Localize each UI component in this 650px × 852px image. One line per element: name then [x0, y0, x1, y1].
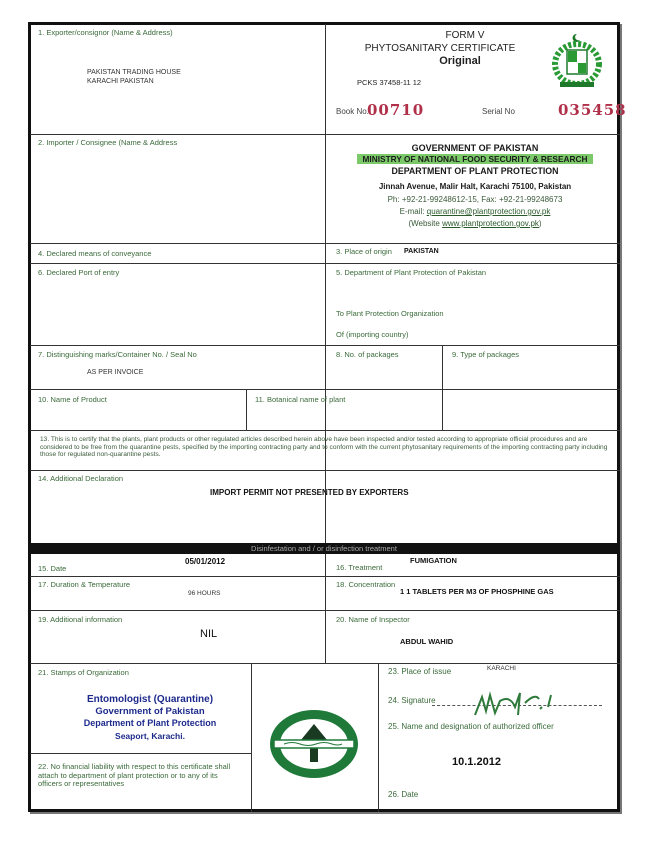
additional-declaration-label: 14. Additional Declaration	[38, 474, 123, 483]
certification-number: 13.	[40, 436, 49, 443]
date-label: 15. Date	[38, 564, 66, 573]
form-code: PCKS 37458-11 12	[357, 78, 421, 87]
marks-label: 7. Distinguishing marks/Container No. / …	[38, 350, 197, 359]
divider	[30, 663, 620, 664]
divider	[30, 389, 620, 390]
book-number: 00710	[367, 101, 424, 119]
website-label: (Website	[408, 219, 439, 228]
duration-value: 96 HOURS	[188, 590, 221, 597]
divider	[325, 554, 326, 664]
issuer-address: Jinnah Avenue, Malir Halt, Karachi 75100…	[330, 182, 620, 191]
packages-type-label: 9. Type of packages	[452, 350, 519, 359]
pakistan-emblem-icon	[548, 30, 606, 92]
certification-statement: 13. This is to certify that the plants, …	[40, 436, 620, 459]
duration-label: 17. Duration & Temperature	[38, 580, 130, 589]
email-link[interactable]: quarantine@plantprotection.gov.pk	[427, 207, 551, 216]
marks-value: AS PER INVOICE	[87, 369, 143, 376]
plant-quarantine-seal-icon	[266, 706, 362, 782]
serial-number: 035458	[558, 101, 627, 119]
stamp-line-3: Department of Plant Protection	[60, 718, 240, 728]
certification-text: This is to certify that the plants, plan…	[40, 436, 607, 458]
divider	[30, 576, 620, 577]
divider	[378, 663, 379, 812]
treatment-value: FUMIGATION	[410, 556, 457, 565]
origin-value: PAKISTAN	[404, 248, 439, 255]
exporter-address: KARACHI PAKISTAN	[87, 78, 154, 85]
stamp-line-4: Seaport, Karachi.	[60, 731, 240, 741]
divider	[442, 345, 443, 430]
importing-country-label: Of (importing country)	[336, 330, 409, 339]
additional-declaration-value: IMPORT PERMIT NOT PRESENTED BY EXPORTERS	[210, 488, 409, 497]
issuer-website-row: (Website www.plantprotection.gov.pk)	[330, 219, 620, 228]
place-of-issue-value: KARACHI	[487, 665, 516, 672]
additional-info-label: 19. Additional information	[38, 615, 122, 624]
divider	[30, 610, 620, 611]
packages-count-label: 8. No. of packages	[336, 350, 399, 359]
department-line: DEPARTMENT OF PLANT PROTECTION	[330, 166, 620, 176]
serial-label: Serial No	[482, 107, 515, 116]
stamp-line-1: Entomologist (Quarantine)	[60, 694, 240, 705]
issuer-phone: Ph: +92-21-99248612-15, Fax: +92-21-9924…	[330, 195, 620, 204]
book-label: Book No.	[336, 107, 369, 116]
importer-label: 2. Importer / Consignee (Name & Address	[38, 138, 177, 147]
inspector-label: 20. Name of Inspector	[336, 615, 410, 624]
divider	[30, 243, 620, 244]
treatment-header: Disinfestation and / or disinfection tre…	[30, 543, 618, 554]
ppo-label: To Plant Protection Organization	[336, 309, 444, 318]
signature-label: 24. Signature	[388, 696, 436, 705]
divider	[30, 470, 620, 471]
divider	[30, 263, 620, 264]
website-close: )	[539, 219, 542, 228]
product-name-label: 10. Name of Product	[38, 395, 107, 404]
website-link[interactable]: www.plantprotection.gov.pk	[442, 219, 539, 228]
department-label: 5. Department of Plant Protection of Pak…	[336, 268, 486, 277]
liability-statement: 22. No financial liability with respect …	[38, 763, 238, 789]
place-of-issue-label: 23. Place of issue	[388, 667, 451, 676]
liability-text: No financial liability with respect to t…	[38, 762, 230, 788]
treatment-date: 05/01/2012	[185, 557, 225, 566]
ministry-line: MINISTRY OF NATIONAL FOOD SECURITY & RES…	[330, 154, 620, 164]
signature-scribble-icon	[470, 685, 570, 725]
port-of-entry-label: 6. Declared Port of entry	[38, 268, 119, 277]
gov-line: GOVERNMENT OF PAKISTAN	[330, 143, 620, 153]
treatment-label: 16. Treatment	[336, 563, 382, 572]
exporter-label: 1. Exporter/consignor (Name & Address)	[38, 28, 173, 37]
copy-type: Original	[400, 55, 520, 67]
additional-info-value: NIL	[200, 628, 217, 640]
date-label-26: 26. Date	[388, 790, 418, 799]
stamps-label: 21. Stamps of Organization	[38, 668, 129, 677]
concentration-label: 18. Concentration	[336, 580, 395, 589]
ministry-text: MINISTRY OF NATIONAL FOOD SECURITY & RES…	[357, 154, 594, 164]
email-label: E-mail:	[400, 207, 425, 216]
form-subtitle: PHYTOSANITARY CERTIFICATE	[350, 43, 530, 54]
divider	[251, 663, 252, 812]
issue-date-value: 10.1.2012	[452, 756, 501, 768]
treatment-band: Disinfestation and / or disinfection tre…	[30, 543, 618, 554]
stamp-line-2: Government of Pakistan	[60, 706, 240, 717]
divider	[30, 345, 620, 346]
divider	[30, 430, 620, 431]
form-title: FORM V	[400, 30, 530, 41]
divider	[30, 753, 251, 754]
officer-label: 25. Name and designation of authorized o…	[388, 722, 554, 731]
botanical-name-label: 11. Botanical name of plant	[255, 395, 345, 404]
divider	[246, 389, 247, 430]
origin-label: 3. Place of origin	[336, 247, 392, 256]
inspector-value: ABDUL WAHID	[400, 637, 453, 646]
concentration-value: 1 1 TABLETS PER M3 OF PHOSPHINE GAS	[400, 587, 554, 596]
exporter-name: PAKISTAN TRADING HOUSE	[87, 69, 181, 76]
conveyance-label: 4. Declared means of conveyance	[38, 249, 151, 258]
issuer-email-row: E-mail: quarantine@plantprotection.gov.p…	[330, 207, 620, 216]
divider	[325, 24, 326, 543]
divider	[30, 134, 620, 135]
